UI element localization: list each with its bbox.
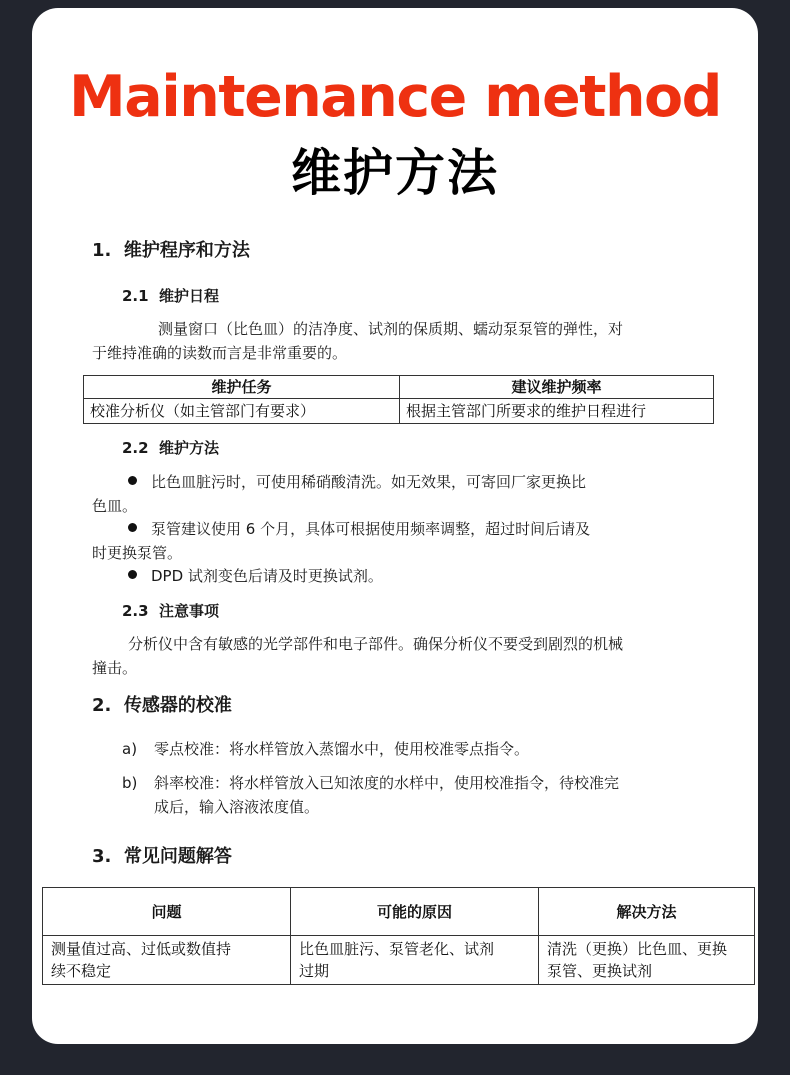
table-header-cell: 建议维护频率 [400, 376, 714, 399]
subsection-title: 维护方法 [159, 439, 219, 457]
paragraph-line: 测量窗口（比色皿）的洁净度、试剂的保质期、蠕动泵泵管的弹性，对 [158, 317, 623, 341]
bullet-icon [128, 476, 137, 485]
list-marker: b) [122, 771, 154, 795]
list-continuation: 成后，输入溶液浓度值。 [154, 795, 319, 819]
faq-table: 问题 可能的原因 解决方法 测量值过高、过低或数值持 续不稳定 比色皿脏污、泵管… [42, 887, 755, 985]
table-row: 测量值过高、过低或数值持 续不稳定 比色皿脏污、泵管老化、试剂 过期 清洗（更换… [43, 936, 755, 985]
subsection-2-2-heading: 2.2 维护方法 [122, 437, 219, 458]
list-marker: a) [122, 737, 154, 761]
table-cell-solution: 清洗（更换）比色皿、更换 泵管、更换试剂 [539, 936, 755, 985]
subsection-2-1-heading: 2.1 维护日程 [122, 285, 219, 306]
section-title: 维护程序和方法 [124, 240, 250, 261]
list-text: 斜率校准：将水样管放入已知浓度的水样中，使用校准指令，待校准完 [154, 774, 619, 792]
table-header-row: 维护任务 建议维护频率 [84, 376, 714, 399]
table-header-row: 问题 可能的原因 解决方法 [43, 888, 755, 936]
bullet-text: DPD 试剂变色后请及时更换试剂。 [151, 567, 383, 585]
bullet-text: 比色皿脏污时，可使用稀硝酸清洗。如无效果，可寄回厂家更换比 [151, 473, 586, 491]
paragraph-line: 撞击。 [92, 656, 137, 680]
table-header-cell: 维护任务 [84, 376, 400, 399]
subsection-title: 注意事项 [159, 602, 219, 620]
table-header-cell: 解决方法 [539, 888, 755, 936]
subsection-number: 2.2 [122, 439, 149, 457]
page-title-chinese: 维护方法 [0, 140, 790, 206]
paragraph-line: 分析仪中含有敏感的光学部件和电子部件。确保分析仪不要受到剧烈的机械 [128, 632, 623, 656]
bullet-icon [128, 570, 137, 579]
table-cell-problem: 测量值过高、过低或数值持 续不稳定 [43, 936, 291, 985]
subsection-number: 2.3 [122, 602, 149, 620]
bullet-icon [128, 523, 137, 532]
table-cell-cause: 比色皿脏污、泵管老化、试剂 过期 [291, 936, 539, 985]
table-cell: 根据主管部门所要求的维护日程进行 [400, 399, 714, 424]
list-text: 零点校准：将水样管放入蒸馏水中，使用校准零点指令。 [154, 740, 529, 758]
list-item: a)零点校准：将水样管放入蒸馏水中，使用校准零点指令。 [122, 737, 529, 761]
subsection-number: 2.1 [122, 287, 149, 305]
maintenance-schedule-table: 维护任务 建议维护频率 校准分析仪（如主管部门有要求） 根据主管部门所要求的维护… [83, 375, 714, 424]
section-1-heading: 1. 维护程序和方法 [92, 236, 250, 262]
bullet-item: 比色皿脏污时，可使用稀硝酸清洗。如无效果，可寄回厂家更换比 [128, 470, 586, 494]
bullet-continuation: 时更换泵管。 [92, 541, 182, 565]
cell-line: 测量值过高、过低或数值持 [51, 938, 282, 960]
table-header-cell: 可能的原因 [291, 888, 539, 936]
section-title: 常见问题解答 [124, 846, 232, 867]
cell-line: 泵管、更换试剂 [547, 960, 746, 982]
section-3-heading: 3. 常见问题解答 [92, 842, 232, 868]
subsection-title: 维护日程 [159, 287, 219, 305]
table-row: 校准分析仪（如主管部门有要求） 根据主管部门所要求的维护日程进行 [84, 399, 714, 424]
bullet-item: DPD 试剂变色后请及时更换试剂。 [128, 564, 383, 588]
section-number: 2. [92, 695, 111, 716]
page-title-english: Maintenance method [0, 62, 790, 132]
cell-line: 续不稳定 [51, 960, 282, 982]
section-number: 3. [92, 846, 111, 867]
table-header-cell: 问题 [43, 888, 291, 936]
cell-line: 比色皿脏污、泵管老化、试剂 [299, 938, 530, 960]
paragraph-line: 于维持准确的读数而言是非常重要的。 [92, 341, 347, 365]
section-title: 传感器的校准 [124, 695, 232, 716]
table-cell: 校准分析仪（如主管部门有要求） [84, 399, 400, 424]
bullet-item: 泵管建议使用 6 个月，具体可根据使用频率调整，超过时间后请及 [128, 517, 590, 541]
cell-line: 过期 [299, 960, 530, 982]
section-2-heading: 2. 传感器的校准 [92, 691, 232, 717]
list-item: b)斜率校准：将水样管放入已知浓度的水样中，使用校准指令，待校准完 [122, 771, 619, 795]
cell-line: 清洗（更换）比色皿、更换 [547, 938, 746, 960]
subsection-2-3-heading: 2.3 注意事项 [122, 600, 219, 621]
bullet-text: 泵管建议使用 6 个月，具体可根据使用频率调整，超过时间后请及 [151, 520, 590, 538]
section-number: 1. [92, 240, 111, 261]
bullet-continuation: 色皿。 [92, 494, 137, 518]
